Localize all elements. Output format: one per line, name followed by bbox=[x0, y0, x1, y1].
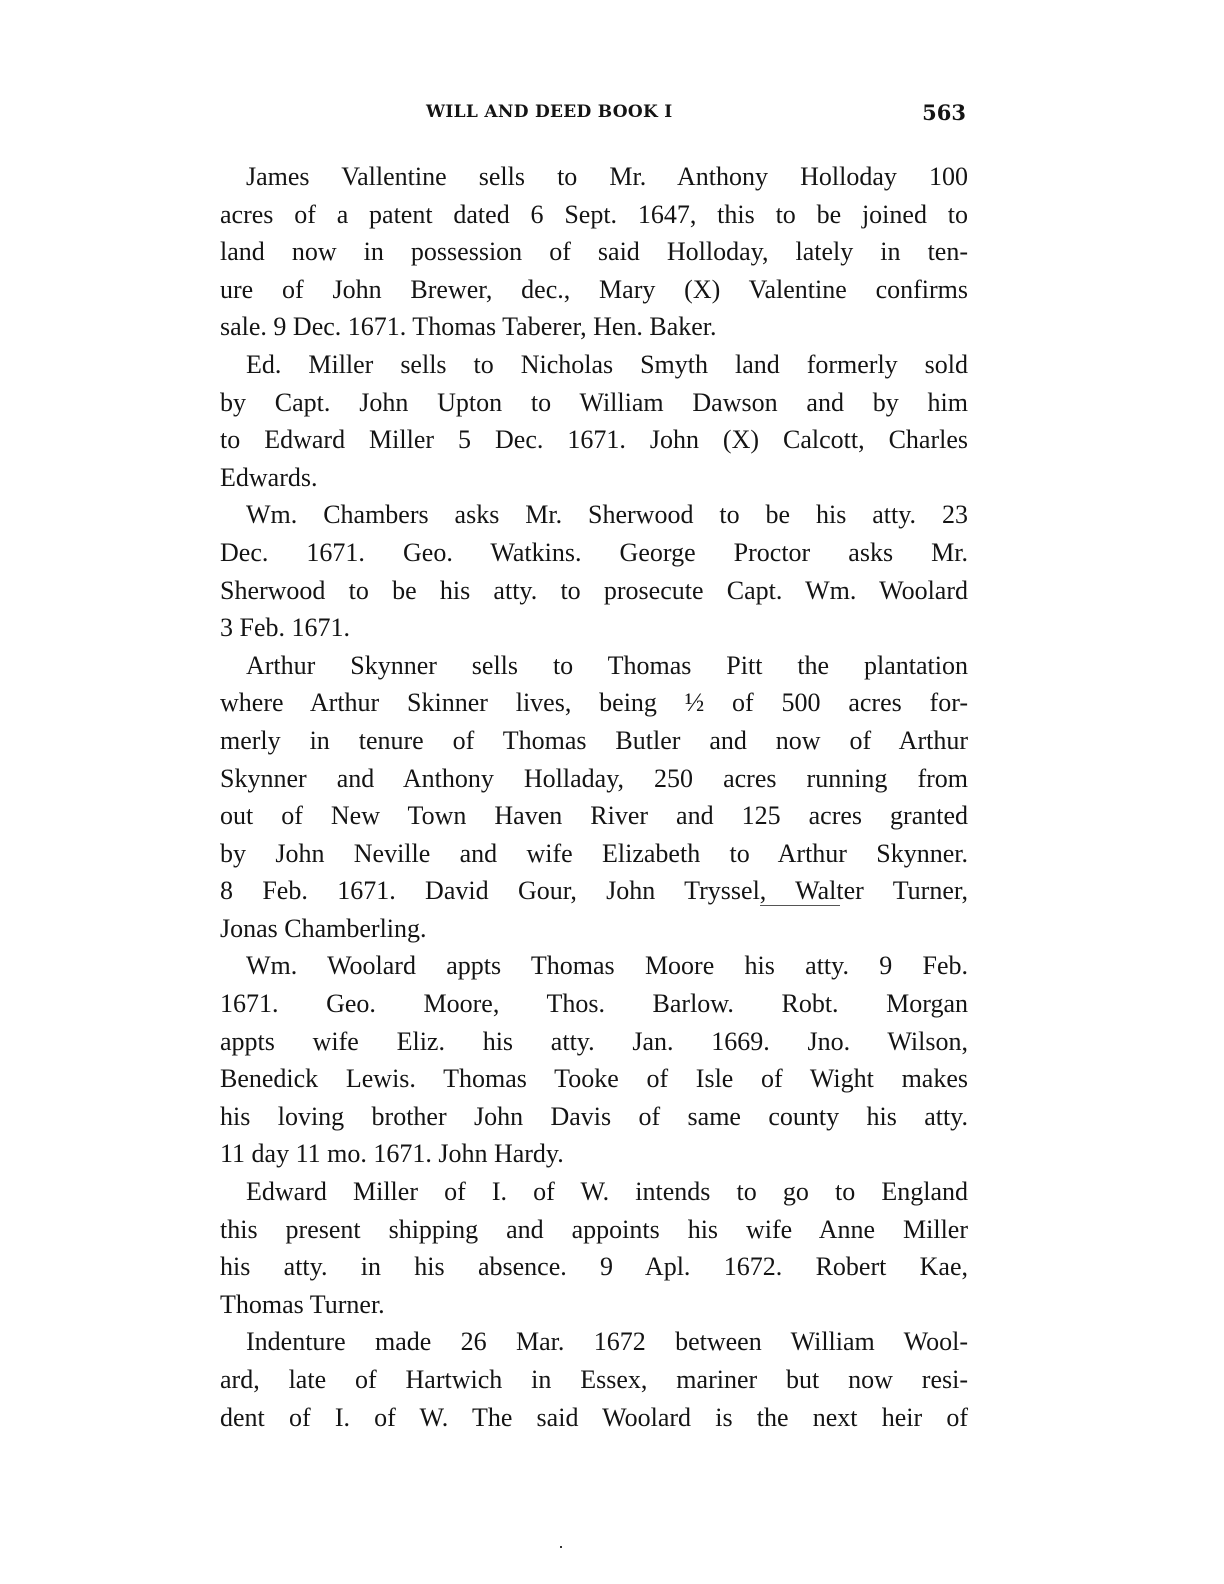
paragraph-chambers-attorney: Wm. Chambers asks Mr. Sherwood to be his… bbox=[220, 496, 968, 646]
text-line: Skynner and Anthony Holladay, 250 acres … bbox=[220, 760, 968, 798]
text-line: appts wife Eliz. his atty. Jan. 1669. Jn… bbox=[220, 1023, 968, 1061]
document-page: WILL AND DEED BOOK I 563 James Vallentin… bbox=[0, 0, 1224, 1584]
running-title: WILL AND DEED BOOK I bbox=[426, 102, 673, 122]
page-number: 563 bbox=[922, 100, 966, 125]
text-line: out of New Town Haven River and 125 acre… bbox=[220, 797, 968, 835]
text-line: Ed. Miller sells to Nicholas Smyth land … bbox=[220, 346, 968, 384]
text-line: Thomas Turner. bbox=[220, 1286, 968, 1324]
text-line: 3 Feb. 1671. bbox=[220, 609, 968, 647]
text-line: Wm. Chambers asks Mr. Sherwood to be his… bbox=[220, 496, 968, 534]
text-line: sale. 9 Dec. 1671. Thomas Taberer, Hen. … bbox=[220, 308, 968, 346]
text-line: his loving brother John Davis of same co… bbox=[220, 1098, 968, 1136]
text-line: Arthur Skynner sells to Thomas Pitt the … bbox=[220, 647, 968, 685]
text-line: his atty. in his absence. 9 Apl. 1672. R… bbox=[220, 1248, 968, 1286]
text-line: ard, late of Hartwich in Essex, mariner … bbox=[220, 1361, 968, 1399]
text-line: ure of John Brewer, dec., Mary (X) Valen… bbox=[220, 271, 968, 309]
text-line: Jonas Chamberling. bbox=[220, 910, 968, 948]
text-line: by John Neville and wife Elizabeth to Ar… bbox=[220, 835, 968, 873]
text-line: James Vallentine sells to Mr. Anthony Ho… bbox=[220, 158, 968, 196]
text-line: Benedick Lewis. Thomas Tooke of Isle of … bbox=[220, 1060, 968, 1098]
text-line: land now in possession of said Holloday,… bbox=[220, 233, 968, 271]
text-line: 1671. Geo. Moore, Thos. Barlow. Robt. Mo… bbox=[220, 985, 968, 1023]
body-text: James Vallentine sells to Mr. Anthony Ho… bbox=[220, 158, 968, 1436]
text-line: to Edward Miller 5 Dec. 1671. John (X) C… bbox=[220, 421, 968, 459]
paragraph-indenture: Indenture made 26 Mar. 1672 between Will… bbox=[220, 1323, 968, 1436]
text-line: 8 Feb. 1671. David Gour, John Tryssel, W… bbox=[220, 872, 968, 910]
text-line: Indenture made 26 Mar. 1672 between Will… bbox=[220, 1323, 968, 1361]
text-line: by Capt. John Upton to William Dawson an… bbox=[220, 384, 968, 422]
text-line: Dec. 1671. Geo. Watkins. George Proctor … bbox=[220, 534, 968, 572]
text-line: merly in tenure of Thomas Butler and now… bbox=[220, 722, 968, 760]
running-header: WILL AND DEED BOOK I 563 bbox=[220, 100, 966, 128]
text-line: Wm. Woolard appts Thomas Moore his atty.… bbox=[220, 947, 968, 985]
text-line: 11 day 11 mo. 1671. John Hardy. bbox=[220, 1135, 968, 1173]
scan-speck bbox=[560, 1546, 562, 1548]
text-line: dent of I. of W. The said Woolard is the… bbox=[220, 1399, 968, 1437]
paragraph-skynner-sale: Arthur Skynner sells to Thomas Pitt the … bbox=[220, 647, 968, 948]
text-line: Edward Miller of I. of W. intends to go … bbox=[220, 1173, 968, 1211]
text-line: Sherwood to be his atty. to prosecute Ca… bbox=[220, 572, 968, 610]
pencil-underline-mark bbox=[760, 905, 840, 906]
text-line: acres of a patent dated 6 Sept. 1647, th… bbox=[220, 196, 968, 234]
paragraph-vallentine-sale: James Vallentine sells to Mr. Anthony Ho… bbox=[220, 158, 968, 346]
paragraph-miller-sale: Ed. Miller sells to Nicholas Smyth land … bbox=[220, 346, 968, 496]
text-line: where Arthur Skinner lives, being ½ of 5… bbox=[220, 684, 968, 722]
paragraph-woolard-attorney: Wm. Woolard appts Thomas Moore his atty.… bbox=[220, 947, 968, 1173]
paragraph-miller-england: Edward Miller of I. of W. intends to go … bbox=[220, 1173, 968, 1323]
text-line: Edwards. bbox=[220, 459, 968, 497]
text-line: this present shipping and appoints his w… bbox=[220, 1211, 968, 1249]
